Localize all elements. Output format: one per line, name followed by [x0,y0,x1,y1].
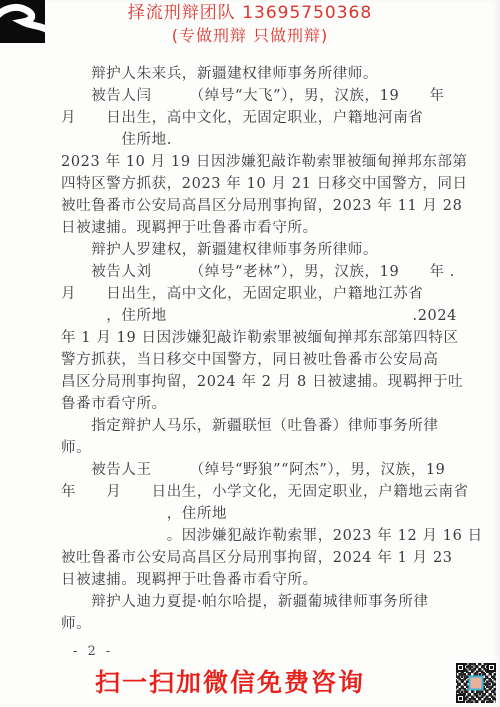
document-line: 鲁番市看守所。 [61,393,471,415]
document-line-text: 日被逮捕。现羁押于吐鲁番市看守所。 [61,217,318,239]
document-line-right-text: .2024 [412,305,471,327]
document-line: 住所地. [61,129,471,151]
qr-pattern [456,663,496,703]
document-line-text: 辩护人罗建权，新疆建权律师事务所律师。 [61,239,378,261]
document-line-text: 被吐鲁番市公安局高昌区分局刑事拘留，2024 年 1 月 23 [61,547,453,569]
document-line-text: ，住所地 [61,305,167,327]
qr-center-avatar [469,676,484,691]
document-line-text: 被告人闫 （绰号“大飞”），男，汉族，19 年 [61,85,445,107]
header-team-contact: 择流刑辩团队 13695750368 [0,2,500,25]
document-line: 辩护人迪力夏提·帕尔哈提，新疆葡城律师事务所律 [61,591,471,613]
document-line: 被吐鲁番市公安局高昌区分局刑事拘留，2023 年 11 月 28 [61,195,471,217]
document-line-text: 指定辩护人马乐，新疆联恒（吐鲁番）律师事务所律 [61,415,439,437]
document-line: 被告人王 （绰号“野狼”“阿杰”），男，汉族，19 [61,459,471,481]
document-page: 择流刑辩团队 13695750368 (专做刑辩 只做刑辩) 辩护人朱来兵，新疆… [0,0,500,707]
wechat-qr-code [455,662,497,704]
document-line-text: 被告人王 （绰号“野狼”“阿杰”），男，汉族，19 [61,459,446,481]
document-line-text: ，住所地 [61,503,227,525]
header-overlay: 择流刑辩团队 13695750368 (专做刑辩 只做刑辩) [0,2,500,46]
document-line-text: 辩护人朱来兵，新疆建权律师事务所律师。 [61,63,378,85]
document-line-text: 。因涉嫌犯敲诈勒索罪，2023 年 12 月 16 日 [61,525,483,547]
document-line-text: 年 1 月 19 日因涉嫌犯敲诈勒索罪被缅甸掸邦东部第四特区 [61,327,459,349]
document-line: 昌区分局刑事拘留，2024 年 2 月 8 日被逮捕。现羁押于吐 [61,371,471,393]
document-line: 指定辩护人马乐，新疆联恒（吐鲁番）律师事务所律 [61,415,471,437]
document-line-text: 月 日出生，高中文化，无固定职业，户籍地河南省 [61,107,423,129]
document-line: ，住所地.2024 [61,305,471,327]
document-line: 月 日出生，高中文化，无固定职业，户籍地河南省 [61,107,471,129]
document-line-text: 师。 [61,613,91,635]
document-line: 月 日出生，高中文化，无固定职业，户籍地江苏省 [61,283,471,305]
document-line-text: 鲁番市看守所。 [61,393,167,415]
document-line: ，住所地 [61,503,471,525]
document-line: 师。 [61,437,471,459]
document-line-text: 昌区分局刑事拘留，2024 年 2 月 8 日被逮捕。现羁押于吐 [61,371,463,393]
qr-finder-top-left [456,663,465,672]
document-line: 被告人闫 （绰号“大飞”），男，汉族，19 年 [61,85,471,107]
document-line: 师。 [61,613,471,635]
document-line: 。因涉嫌犯敲诈勒索罪，2023 年 12 月 16 日 [61,525,471,547]
document-line: 辩护人朱来兵，新疆建权律师事务所律师。 [61,63,471,85]
document-line-text: 住所地. [61,129,172,151]
document-line: 辩护人罗建权，新疆建权律师事务所律师。 [61,239,471,261]
document-line-text: 2023 年 10 月 19 日因涉嫌犯敲诈勒索罪被缅甸掸邦东部第 [61,151,468,173]
document-line-text: 日被逮捕。现羁押于吐鲁番市看守所。 [61,569,318,591]
document-line-text: 辩护人迪力夏提·帕尔哈提，新疆葡城律师事务所律 [61,591,429,613]
document-line: 警方抓获，当日移交中国警方，同日被吐鲁番市公安局高 [61,349,471,371]
document-line: 被吐鲁番市公安局高昌区分局刑事拘留，2024 年 1 月 23 [61,547,471,569]
document-line-text: 四特区警方抓获，2023 年 10 月 21 日移交中国警方，同日 [61,173,468,195]
document-body: 辩护人朱来兵，新疆建权律师事务所律师。 被告人闫 （绰号“大飞”），男，汉族，1… [61,63,471,635]
document-line: 年 月 日出生，小学文化，无固定职业，户籍地云南省 [61,481,471,503]
wechat-cta: 扫一扫加微信免费咨询 [0,663,460,699]
page-number: - 2 - [73,644,113,659]
document-line: 四特区警方抓获，2023 年 10 月 21 日移交中国警方，同日 [61,173,471,195]
document-line: 日被逮捕。现羁押于吐鲁番市看守所。 [61,217,471,239]
document-line: 2023 年 10 月 19 日因涉嫌犯敲诈勒索罪被缅甸掸邦东部第 [61,151,471,173]
header-slogan: (专做刑辩 只做刑辩) [0,25,500,46]
document-line-text: 被告人刘 （绰号“老林”），男，汉族，19 年 . [61,261,455,283]
document-line: 被告人刘 （绰号“老林”），男，汉族，19 年 . [61,261,471,283]
qr-finder-bottom-left [456,694,465,703]
document-line-text: 被吐鲁番市公安局高昌区分局刑事拘留，2023 年 11 月 28 [61,195,462,217]
document-line: 日被逮捕。现羁押于吐鲁番市看守所。 [61,569,471,591]
document-line-text: 警方抓获，当日移交中国警方，同日被吐鲁番市公安局高 [61,349,439,371]
document-line-text: 月 日出生，高中文化，无固定职业，户籍地江苏省 [61,283,423,305]
document-line-text: 师。 [61,437,91,459]
document-line-text: 年 月 日出生，小学文化，无固定职业，户籍地云南省 [61,481,469,503]
document-line: 年 1 月 19 日因涉嫌犯敲诈勒索罪被缅甸掸邦东部第四特区 [61,327,471,349]
qr-finder-top-right [487,663,496,672]
